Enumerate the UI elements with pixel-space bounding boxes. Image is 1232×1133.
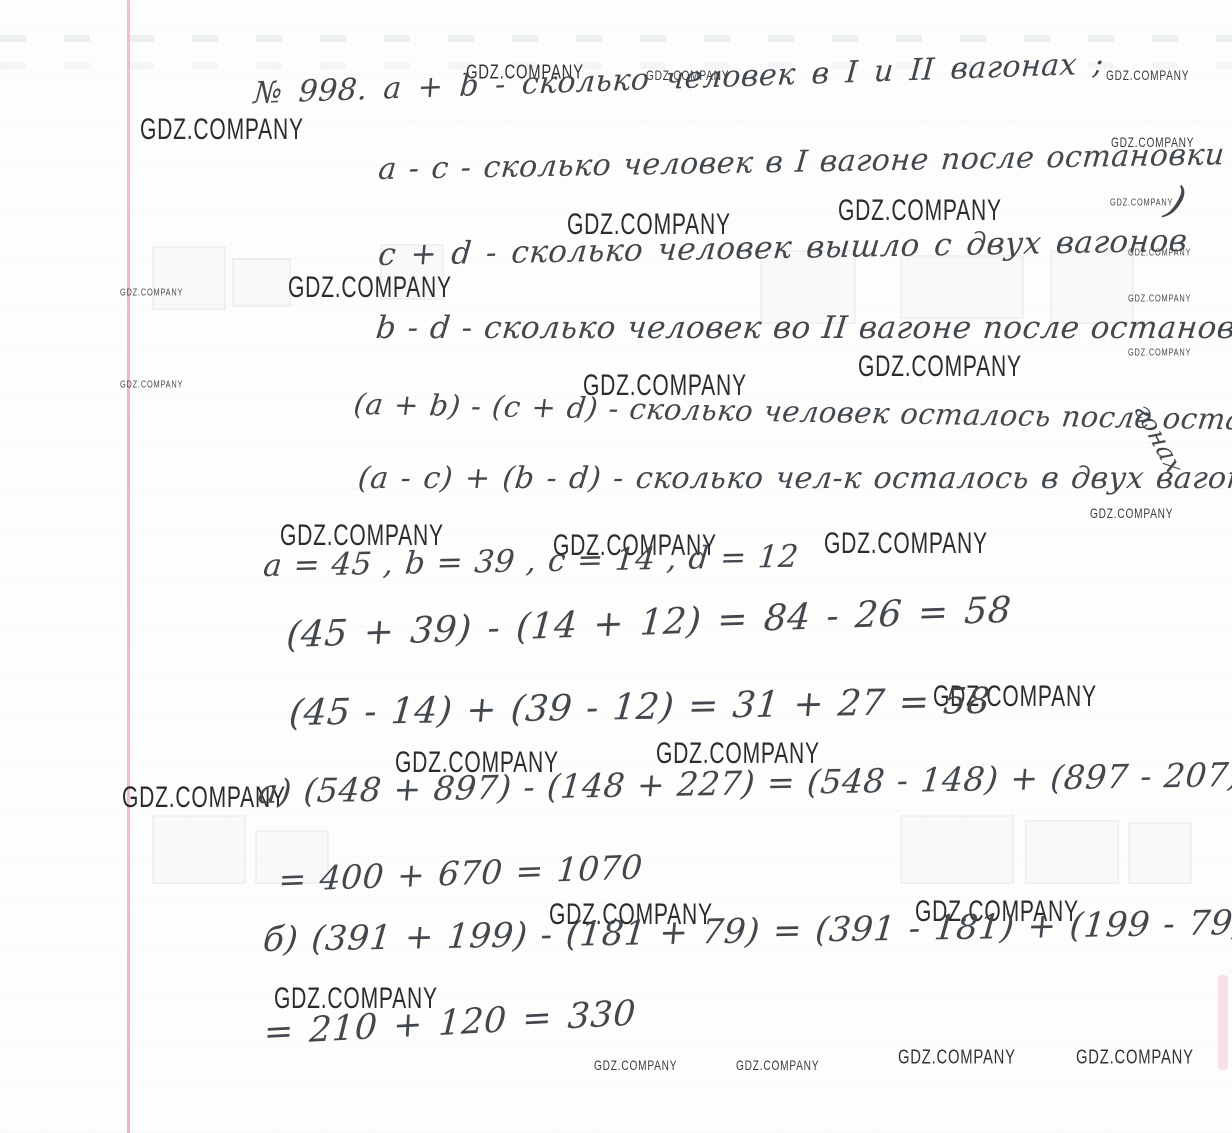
watermark: GDZ.COMPANY (824, 527, 988, 560)
watermark: GDZ.COMPANY (288, 271, 452, 304)
handwritten-line: a - c - сколько человек в I вагоне после… (377, 137, 1232, 187)
watermark: GDZ.COMPANY (1076, 1046, 1194, 1070)
watermark: GDZ.COMPANY (594, 1057, 677, 1073)
watermark: GDZ.COMPANY (120, 379, 183, 391)
watermark: GDZ.COMPANY (898, 1046, 1016, 1070)
watermark: GDZ.COMPANY (1110, 197, 1173, 209)
scan-artifact-dashes (0, 35, 1232, 42)
scan-artifact-block (232, 258, 291, 307)
margin-line (127, 0, 130, 1133)
handwritten-line: b - d - сколько человек во II вагоне пос… (374, 310, 1232, 346)
scan-artifact-block (152, 815, 246, 884)
handwritten-line: (a - c) + (b - d) - сколько чел-к остало… (356, 461, 1232, 496)
scan-artifact-block (152, 246, 226, 310)
handwritten-line: (45 + 39) - (14 + 12) = 84 - 26 = 58 (285, 590, 1013, 656)
scan-artifact-pink (1218, 975, 1228, 1070)
scan-artifact-block (900, 815, 1014, 884)
handwritten-line: (45 - 14) + (39 - 12) = 31 + 27 = 58 (287, 681, 992, 734)
watermark: GDZ.COMPANY (838, 194, 1002, 227)
watermark: GDZ.COMPANY (120, 287, 183, 299)
handwritten-line: (a + b) - (c + d) - сколько человек оста… (352, 387, 1232, 439)
watermark: GDZ.COMPANY (858, 350, 1022, 383)
scan-artifact-block (1025, 820, 1119, 884)
handwritten-line: № 998. a + b - сколько человек в I и II … (253, 46, 1105, 111)
watermark: GDZ.COMPANY (1128, 293, 1191, 305)
scan-artifact-block (1128, 822, 1192, 884)
watermark: GDZ.COMPANY (140, 113, 304, 146)
watermark: GDZ.COMPANY (1128, 347, 1191, 359)
notebook-page: GDZ.COMPANYGDZ.COMPANYGDZ.COMPANYGDZ.COM… (0, 0, 1232, 1133)
handwritten-line: б) (391 + 199) - (181 + 79) = (391 - 181… (261, 902, 1232, 960)
handwritten-line: = 400 + 670 = 1070 (277, 847, 644, 899)
watermark: GDZ.COMPANY (1106, 67, 1189, 83)
watermark: GDZ.COMPANY (1090, 505, 1173, 521)
watermark: GDZ.COMPANY (736, 1057, 819, 1073)
